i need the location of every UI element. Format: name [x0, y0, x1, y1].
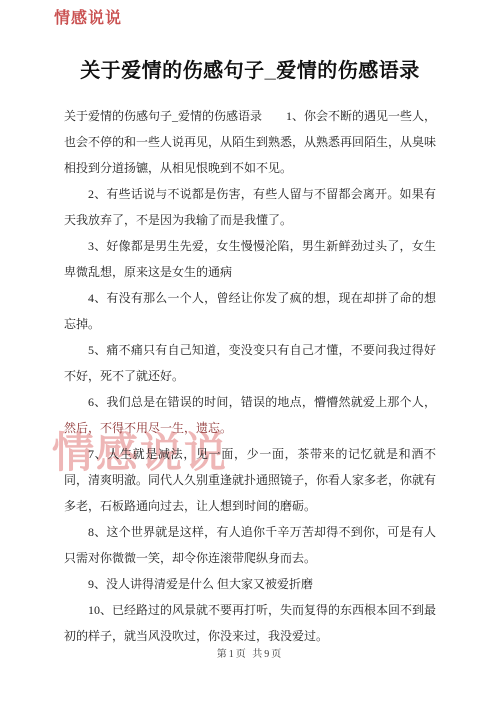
page-number-indicator: 第1页 共9页 — [0, 645, 500, 660]
document-body: 关于爱情的伤感句子_爱情的伤感语录 1、你会不断的遇见一些人，也会不停的和一些人… — [64, 103, 436, 649]
paragraph-4: 4、有没有那么一个人，曾经让你发了疯的想，现在却拼了命的想忘掉。 — [64, 285, 436, 337]
paragraph-10: 10、已经路过的风景就不要再打听，失而复得的东西根本回不到最初的样子，就当风没吹… — [64, 597, 436, 649]
paragraph-7: 7、人生就是减法，见一面，少一面，茶带来的记忆就是和酒不同，清爽明澈。同代人久别… — [64, 441, 436, 519]
paragraph-3: 3、好像都是男生先爱，女生慢慢沦陷，男生新鲜劲过头了，女生卑微乱想，原来这是女生… — [64, 233, 436, 285]
paragraph-6-lead: 6、我们总是在错误的时间，错误的地点，懵懵然就爱上那个人， — [88, 395, 436, 409]
paragraph-5: 5、痛不痛只有自己知道，变没变只有自己才懂，不要问我过得好不好，死不了就还好。 — [64, 337, 436, 389]
paragraph-1: 关于爱情的伤感句子_爱情的伤感语录 1、你会不断的遇见一些人，也会不停的和一些人… — [64, 103, 436, 181]
paragraph-6-highlighted-sentence: 然后，不得不用尽一生，遗忘。 — [64, 421, 232, 435]
page-title: 关于爱情的伤感句子_爱情的伤感语录 — [0, 0, 500, 83]
paragraph-6: 6、我们总是在错误的时间，错误的地点，懵懵然就爱上那个人，然后，不得不用尽一生，… — [64, 389, 436, 441]
paragraph-9: 9、没人讲得清爱是什么 但大家又被爱折磨 — [64, 571, 436, 597]
paragraph-8: 8、这个世界就是这样，有人追你千辛万苦却得不到你，可是有人只需对你微微一笑，却令… — [64, 519, 436, 571]
document-page: 情感说说 情感说说 关于爱情的伤感句子_爱情的伤感语录 关于爱情的伤感句子_爱情… — [0, 0, 500, 708]
paragraph-2: 2、有些话说与不说都是伤害，有些人留与不留都会离开。如果有天我放弃了，不是因为我… — [64, 181, 436, 233]
